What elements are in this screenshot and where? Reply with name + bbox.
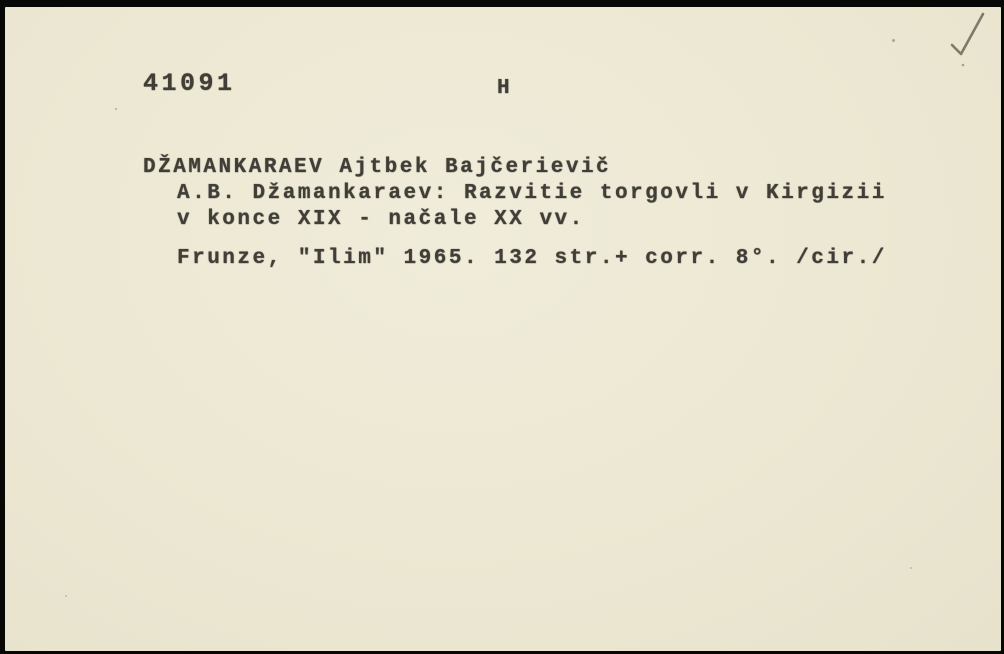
author-heading: DŽAMANKARAEV Ajtbek Bajčerievič bbox=[143, 157, 611, 178]
paper-speck bbox=[910, 567, 912, 569]
card-surface: 41091 H DŽAMANKARAEV Ajtbek Bajčerievič … bbox=[5, 7, 1001, 651]
catalog-number: 41091 bbox=[143, 71, 236, 96]
paper-speck bbox=[65, 595, 67, 597]
checkmark-icon bbox=[920, 7, 1000, 97]
title-line-1: A.B. Džamankaraev: Razvitie torgovli v K… bbox=[177, 183, 887, 204]
imprint-line: Frunze, "Ilim" 1965. 132 str.+ corr. 8°.… bbox=[177, 248, 887, 269]
paper-speck bbox=[115, 108, 117, 110]
scanned-catalog-card: 41091 H DŽAMANKARAEV Ajtbek Bajčerievič … bbox=[0, 0, 1004, 654]
title-line-2: v konce XIX - načale XX vv. bbox=[177, 209, 585, 230]
paper-speck bbox=[892, 39, 895, 42]
section-letter: H bbox=[497, 78, 510, 99]
